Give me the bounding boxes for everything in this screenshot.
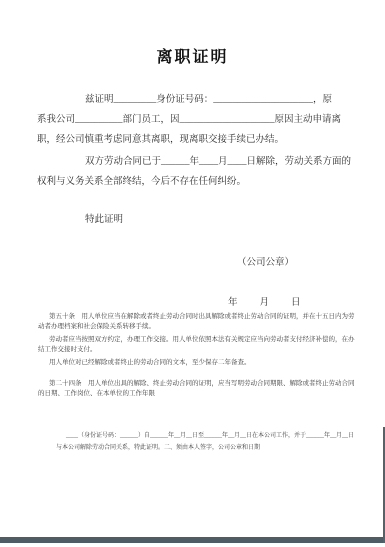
page-title: 离职证明 [0,44,385,67]
certify-line: 特此证明 [85,211,123,225]
footnote-paragraph: ____（身份证号码：______）自______年__月__日至______年… [56,430,355,454]
body-paragraph-2: 双方劳动合同已于______年____月____日解除，劳动关系方面的 权利与义… [37,152,360,192]
paragraph-line: 权利与义务关系全部终结，今后不存在任何纠纷。 [37,172,360,192]
paragraph-line: 系我公司__________部门员工，因____________________… [37,110,360,130]
paragraph-line: 职，经公司慎重考虑同意其离职，现离职交接手续已办结。 [37,130,360,150]
bottom-edge-bar [0,537,385,543]
body-paragraph-1: 兹证明_________身份证号码：_____________________，… [37,90,360,150]
legal-article-50: 第五十条 用人单位应当在解除或者终止劳动合同时出具解除或者终止劳动合同的证明，并… [38,312,359,371]
footnote-template: ____（身份证号码：______）自______年__月__日至______年… [56,430,355,454]
paragraph-line: 双方劳动合同已于______年____月____日解除，劳动关系方面的 [37,152,360,172]
legal-paragraph: 用人单位对已经解除或者终止的劳动合同的文本，至少保存二年备查。 [38,358,359,368]
legal-article-24: 第二十四条 用人单位出具的解除、终止劳动合同的证明，应当写明劳动合同期限、解除或… [38,379,359,402]
legal-paragraph: 劳动者应当按照双方约定，办理工作交接。用人单位依照本法有关规定应当向劳动者支付经… [38,335,359,355]
legal-paragraph: 第二十四条 用人单位出具的解除、终止劳动合同的证明，应当写明劳动合同期限、解除或… [38,379,359,399]
company-seal-note: （公司公章） [237,254,294,268]
date-line: 年 月 日 [228,294,302,308]
legal-paragraph: 第五十条 用人单位应当在解除或者终止劳动合同时出具解除或者终止劳动合同的证明，并… [38,312,359,332]
paragraph-line: 兹证明_________身份证号码：_____________________，… [37,90,360,110]
